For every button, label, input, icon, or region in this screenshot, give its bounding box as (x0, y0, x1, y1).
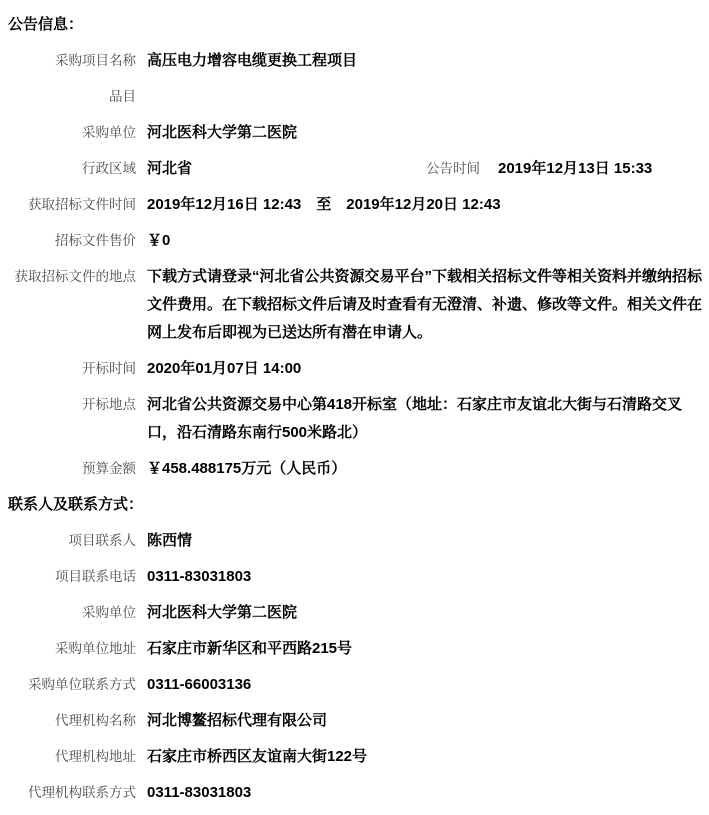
field-label: 行政区域 (8, 155, 136, 183)
field-label: 项目联系电话 (8, 563, 136, 591)
section-title-announcement-info: 公告信息： (8, 11, 709, 39)
field-row-agency-name: 代理机构名称 河北博鳌招标代理有限公司 (8, 707, 709, 735)
field-row-category: 品目 (8, 83, 709, 111)
field-row-agency-address: 代理机构地址 石家庄市桥西区友谊南大街122号 (8, 743, 709, 771)
field-value: 河北医科大学第二医院 (147, 599, 297, 627)
field-value: 2020年01月07日 14:00 (147, 355, 301, 383)
field-row-document-obtain-place: 获取招标文件的地点 下载方式请登录“河北省公共资源交易平台”下载相关招标文件等相… (8, 263, 709, 347)
field-row-project-phone: 项目联系电话 0311-83031803 (8, 563, 709, 591)
field-row-bid-opening-place: 开标地点 河北省公共资源交易中心第418开标室（地址：石家庄市友谊北大街与石清路… (8, 391, 709, 447)
field-label: 招标文件售价 (8, 227, 136, 255)
field-label: 代理机构地址 (8, 743, 136, 771)
field-value: 下载方式请登录“河北省公共资源交易平台”下载相关招标文件等相关资料并缴纳招标文件… (147, 263, 703, 347)
field-label: 采购项目名称 (8, 47, 136, 75)
field-row-document-obtain-time: 获取招标文件时间 2019年12月16日 12:43 至 2019年12月20日… (8, 191, 709, 219)
field-label: 预算金额 (8, 455, 136, 483)
field-row-bid-opening-time: 开标时间 2020年01月07日 14:00 (8, 355, 709, 383)
field-value: 石家庄市新华区和平西路215号 (147, 635, 352, 663)
field-label: 获取招标文件时间 (8, 191, 136, 219)
field-label-publish-time: 公告时间 (350, 155, 480, 183)
field-value: ￥458.488175万元（人民币） (147, 455, 346, 483)
field-row-region-and-publish-time: 行政区域 河北省 公告时间 2019年12月13日 15:33 (8, 155, 709, 183)
field-label: 开标地点 (8, 391, 136, 419)
field-row-agency-phone: 代理机构联系方式 0311-83031803 (8, 779, 709, 807)
field-value: 石家庄市桥西区友谊南大街122号 (147, 743, 367, 771)
field-value: 2019年12月16日 12:43 至 2019年12月20日 12:43 (147, 191, 501, 219)
field-label: 代理机构联系方式 (8, 779, 136, 807)
section-title-contact-info: 联系人及联系方式： (8, 491, 709, 519)
field-row-purchasing-unit-phone: 采购单位联系方式 0311-66003136 (8, 671, 709, 699)
field-label: 开标时间 (8, 355, 136, 383)
field-value: 河北省公共资源交易中心第418开标室（地址：石家庄市友谊北大街与石清路交叉口，沿… (147, 391, 703, 447)
field-value: 0311-66003136 (147, 671, 251, 699)
field-row-document-price: 招标文件售价 ￥0 (8, 227, 709, 255)
field-value: 高压电力增容电缆更换工程项目 (147, 47, 357, 75)
field-label: 采购单位 (8, 599, 136, 627)
field-label: 项目联系人 (8, 527, 136, 555)
announcement-document: 公告信息： 采购项目名称 高压电力增容电缆更换工程项目 品目 采购单位 河北医科… (0, 0, 709, 807)
field-value: 0311-83031803 (147, 563, 251, 591)
field-row-budget-amount: 预算金额 ￥458.488175万元（人民币） (8, 455, 709, 483)
field-row-contact-purchasing-unit: 采购单位 河北医科大学第二医院 (8, 599, 709, 627)
field-label: 采购单位 (8, 119, 136, 147)
field-value-publish-time: 2019年12月13日 15:33 (498, 155, 652, 183)
field-value: 0311-83031803 (147, 779, 251, 807)
field-value: 河北医科大学第二医院 (147, 119, 297, 147)
field-value: 陈西情 (147, 527, 192, 555)
field-row-purchasing-unit: 采购单位 河北医科大学第二医院 (8, 119, 709, 147)
field-label: 采购单位地址 (8, 635, 136, 663)
field-value: ￥0 (147, 227, 170, 255)
field-label: 采购单位联系方式 (8, 671, 136, 699)
field-label: 品目 (8, 83, 136, 111)
field-row-purchasing-unit-address: 采购单位地址 石家庄市新华区和平西路215号 (8, 635, 709, 663)
field-value: 河北博鳌招标代理有限公司 (147, 707, 327, 735)
field-value: 河北省 (147, 155, 192, 183)
field-label: 获取招标文件的地点 (8, 263, 136, 291)
field-row-project-name: 采购项目名称 高压电力增容电缆更换工程项目 (8, 47, 709, 75)
field-row-project-contact: 项目联系人 陈西情 (8, 527, 709, 555)
field-label: 代理机构名称 (8, 707, 136, 735)
